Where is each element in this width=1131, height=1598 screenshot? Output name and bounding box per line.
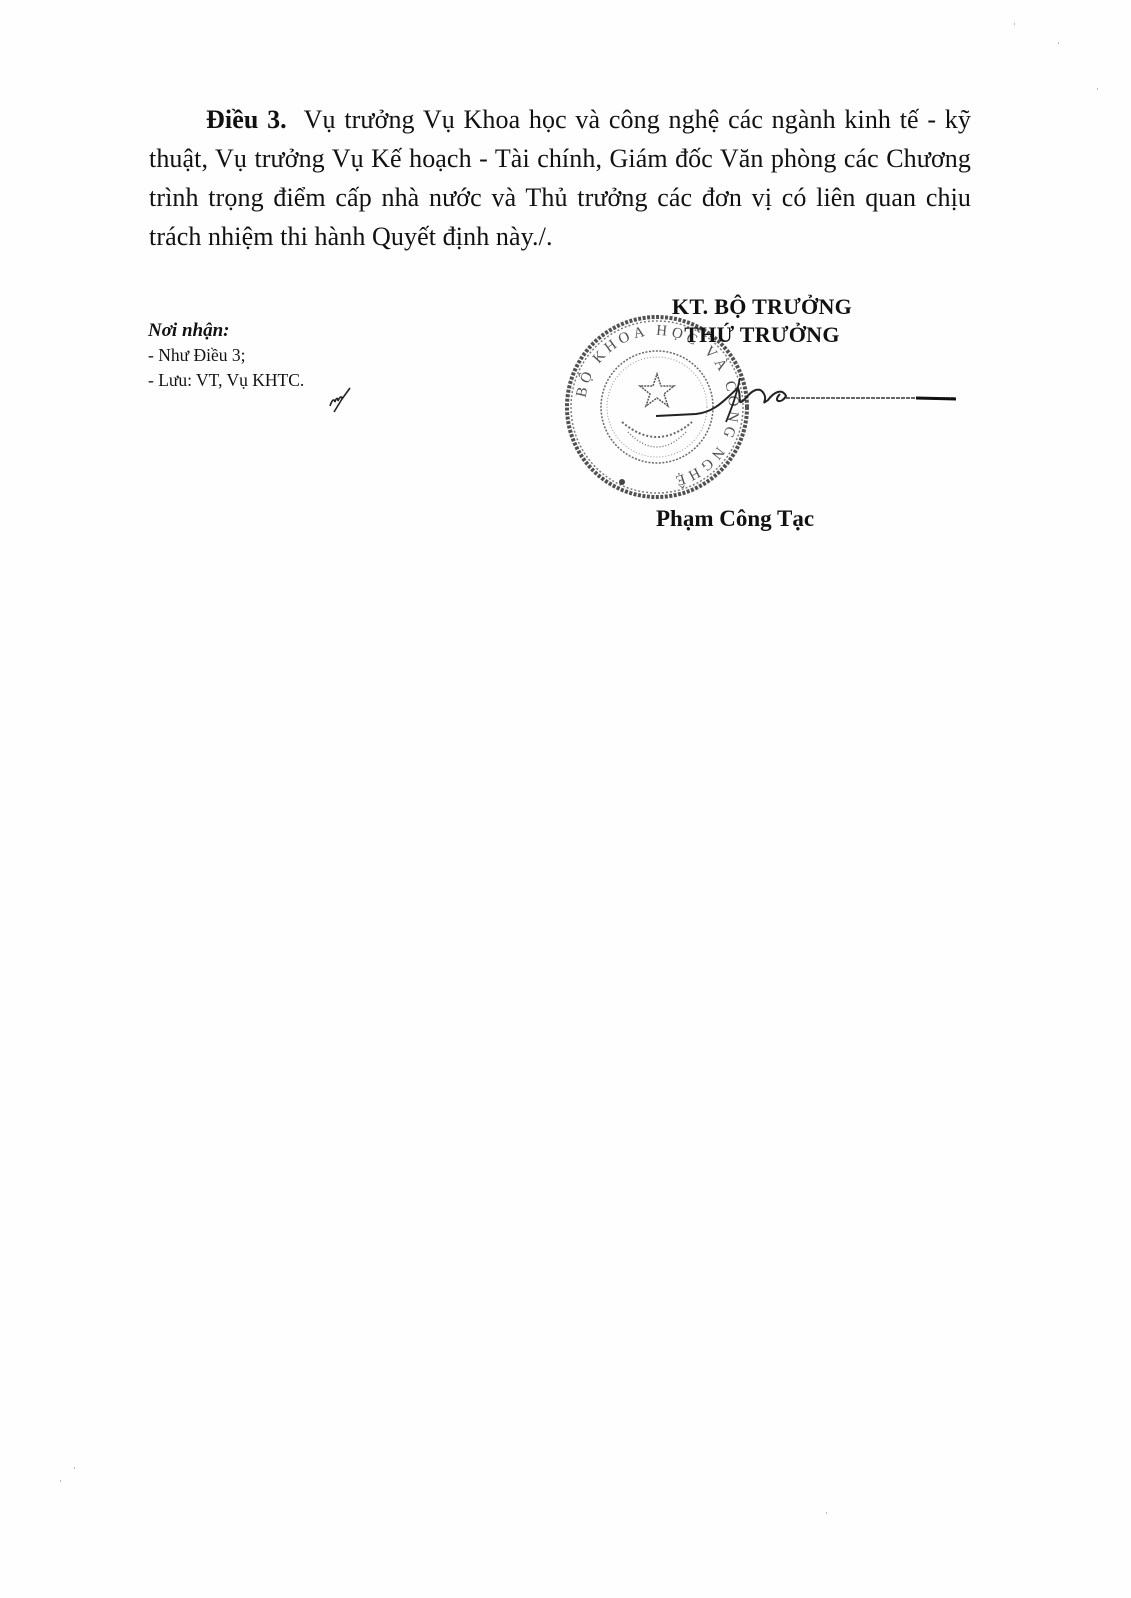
article-heading: Điều 3. [206, 105, 287, 134]
recipients-title: Nơi nhận: [148, 318, 304, 343]
signer-name: Phạm Công Tạc [656, 506, 814, 532]
recipients-block: Nơi nhận: - Như Điều 3; - Lưu: VT, Vụ KH… [148, 318, 304, 393]
signer-role-line1: KT. BỘ TRƯỞNG [642, 294, 882, 320]
handwritten-signature-icon [656, 368, 956, 428]
initials-mark-icon [326, 384, 356, 414]
document-page: Điều 3. Vụ trưởng Vụ Khoa học và công ng… [0, 0, 1131, 1598]
article-3: Điều 3. Vụ trưởng Vụ Khoa học và công ng… [149, 100, 971, 256]
signature-block: KT. BỘ TRƯỞNG THỨ TRƯỞNG BỘ KHOA HỌC VÀ … [560, 288, 960, 548]
signer-role-line2: THỨ TRƯỞNG [642, 322, 882, 348]
recipient-item: - Lưu: VT, Vụ KHTC. [148, 368, 304, 393]
recipient-item: - Như Điều 3; [148, 343, 304, 368]
